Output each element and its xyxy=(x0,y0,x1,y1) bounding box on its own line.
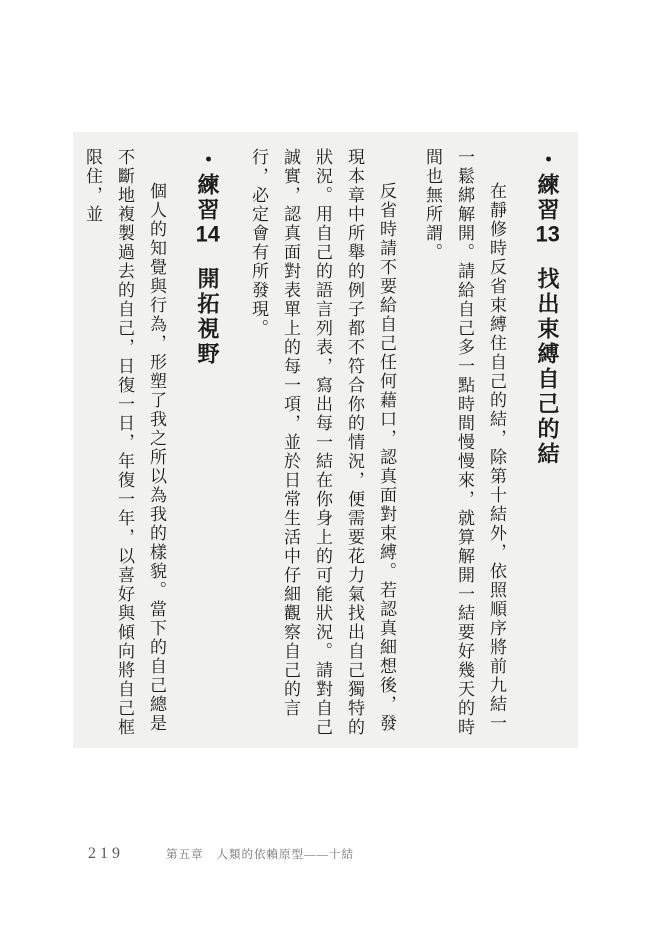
page-footer: 219 第五章 人類的依賴原型——十結 xyxy=(88,845,354,863)
exercise-14-heading: ・練習14開拓視野 xyxy=(190,148,224,740)
bullet-icon: ・ xyxy=(535,148,560,173)
exercise-13-subtitle: 找出束縛自己的結 xyxy=(535,267,560,467)
exercise-14-paragraph-1: 個人的知覺與行為，形塑了我之所以為我的樣貌。當下的自己總是不斷地複製過去的自己，… xyxy=(76,148,172,740)
chapter-title: 人類的依賴原型——十結 xyxy=(217,846,355,862)
exercise-13-heading: ・練習13找出束縛自己的結 xyxy=(530,148,564,740)
exercise-14-number: 14 xyxy=(195,223,220,245)
book-page: ・練習13找出束縛自己的結 在靜修時反省束縛住自己的結，除第十結外，依照順序將前… xyxy=(0,0,663,932)
exercise-13-section: ・練習13找出束縛自己的結 在靜修時反省束縛住自己的結，除第十結外，依照順序將前… xyxy=(242,148,564,740)
exercise-14-section: ・練習14開拓視野 個人的知覺與行為，形塑了我之所以為我的樣貌。當下的自己總是不… xyxy=(76,148,224,740)
bullet-icon: ・ xyxy=(195,148,220,173)
exercise-14-subtitle: 開拓視野 xyxy=(195,267,220,367)
exercise-13-paragraph-1: 在靜修時反省束縛住自己的結，除第十結外，依照順序將前九結一一鬆綁解開。請給自己多… xyxy=(416,148,512,740)
exercise-14-label: 練習 xyxy=(195,173,220,223)
text-panel: ・練習13找出束縛自己的結 在靜修時反省束縛住自己的結，除第十結外，依照順序將前… xyxy=(73,132,578,748)
exercise-13-number: 13 xyxy=(535,223,560,245)
exercise-13-paragraph-2: 反省時請不要給自己任何藉口，認真面對束縛。若認真細想後，發現本章中所舉的例子都不… xyxy=(242,148,402,740)
exercise-13-label: 練習 xyxy=(535,173,560,223)
page-number: 219 xyxy=(88,845,124,863)
chapter-label: 第五章 xyxy=(166,846,204,862)
